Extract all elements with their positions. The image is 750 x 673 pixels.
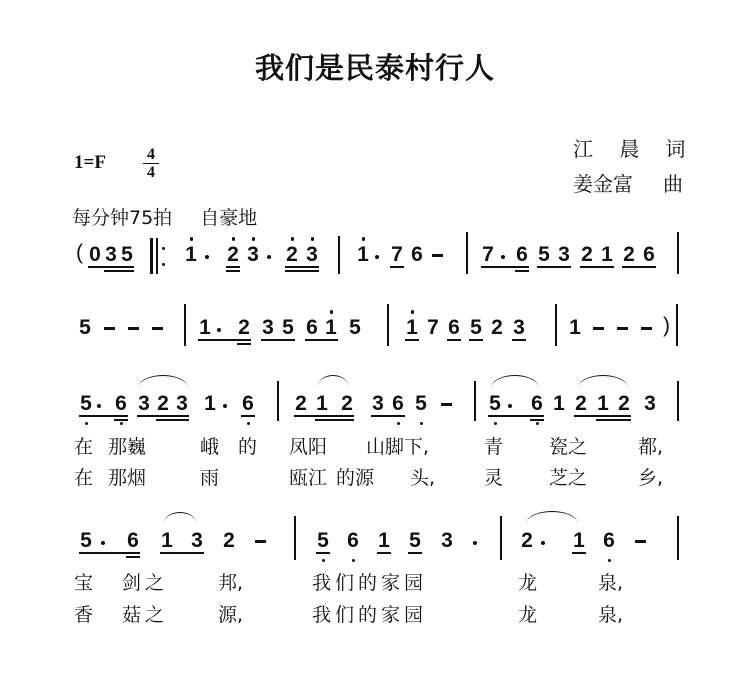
lyric: 在: [74, 467, 93, 489]
note: 2: [574, 393, 588, 415]
note: 6: [515, 244, 529, 266]
lyric: 剑之: [122, 572, 168, 594]
lyric: 我们的家园: [312, 604, 427, 626]
note: 2: [622, 244, 636, 266]
note: 3: [440, 530, 454, 552]
dot: [473, 541, 477, 545]
repeat-barline-thin: [156, 238, 158, 274]
lyric: 凤阳: [289, 436, 327, 458]
note: 6: [410, 244, 424, 266]
note: 6: [241, 393, 255, 415]
barline: [294, 516, 296, 560]
note: 3: [512, 317, 526, 339]
note: 6: [602, 530, 616, 552]
note: 1: [315, 393, 329, 415]
note: 1: [356, 244, 370, 266]
note: 1: [552, 393, 566, 415]
note: 3: [190, 530, 204, 552]
lyric: 雨: [200, 467, 219, 489]
beam: [572, 552, 586, 554]
note: 5: [469, 317, 483, 339]
barline: [677, 232, 679, 274]
note: 3: [261, 317, 275, 339]
lyric: 青: [484, 436, 503, 458]
note: 1: [405, 317, 419, 339]
dot: [375, 255, 379, 259]
note: 6: [126, 530, 140, 552]
beam: [137, 415, 189, 417]
composer-credit: 姜金富曲: [573, 168, 683, 197]
beam: [408, 552, 422, 554]
note: 7: [481, 244, 495, 266]
note: 2: [617, 393, 631, 415]
note: 3: [104, 244, 118, 266]
beam: [481, 266, 529, 268]
note: 5: [120, 244, 134, 266]
note: 1: [596, 393, 610, 415]
beam: [241, 415, 255, 417]
dash: [152, 327, 163, 330]
slur: [526, 511, 578, 524]
lyric: 龙: [518, 604, 537, 626]
beam: [580, 266, 614, 268]
lyric: 那烟: [108, 467, 146, 489]
beam: [126, 556, 140, 558]
dot: [508, 404, 512, 408]
note: 5: [281, 317, 295, 339]
beam: [261, 339, 295, 341]
note: 5: [537, 244, 551, 266]
note: 5: [316, 530, 330, 552]
beam: [156, 419, 189, 421]
dash: [593, 327, 604, 330]
note: 6: [391, 393, 405, 415]
slur: [164, 512, 196, 523]
lyric: 乡,: [638, 467, 663, 489]
note: 1: [160, 530, 174, 552]
note: 3: [557, 244, 571, 266]
expression-mark: 自豪地: [200, 207, 257, 229]
beam: [160, 552, 204, 554]
note: 1: [203, 393, 217, 415]
beam: [79, 415, 128, 417]
lyric: 宝: [74, 572, 93, 594]
dot: [205, 255, 209, 259]
note: 3: [305, 244, 319, 266]
beam: [530, 419, 544, 421]
beam: [377, 552, 391, 554]
barline: [555, 304, 557, 346]
note: 2: [222, 530, 236, 552]
barline: [338, 236, 340, 274]
beam: [515, 270, 529, 272]
barline: [500, 516, 502, 560]
beam: [285, 266, 319, 268]
note: 2: [294, 393, 308, 415]
lyric: 都,: [638, 436, 663, 458]
note: 2: [237, 317, 251, 339]
note: 5: [488, 393, 502, 415]
repeat-dot: [162, 263, 165, 266]
note: 2: [285, 244, 299, 266]
lyric: 的: [238, 436, 257, 458]
lyric: 我们的家园: [312, 572, 427, 594]
beam: [405, 339, 419, 341]
dash: [432, 254, 443, 257]
beam: [88, 266, 134, 268]
beam: [469, 339, 483, 341]
barline: [677, 516, 679, 560]
beam: [390, 266, 404, 268]
lyric: 瓯江: [289, 467, 327, 489]
lyric: 源,: [218, 604, 243, 626]
note: 3: [643, 393, 657, 415]
beam: [316, 552, 330, 554]
note: 5: [79, 530, 93, 552]
barline: [387, 304, 389, 346]
time-numerator: 4: [143, 146, 159, 163]
beam: [226, 266, 240, 268]
note: 6: [642, 244, 656, 266]
note: 5: [348, 317, 362, 339]
slur: [318, 375, 348, 386]
note: 6: [447, 317, 461, 339]
dot: [223, 404, 227, 408]
beam: [294, 415, 354, 417]
key-signature: 1=F: [74, 152, 106, 174]
beam: [237, 343, 251, 345]
beam: [226, 270, 240, 272]
lyric: 邦,: [218, 572, 243, 594]
beam: [305, 339, 338, 341]
barline: [466, 232, 468, 274]
tempo-marking: 每分钟75拍自豪地: [72, 203, 257, 230]
song-title: 我们是民泰村行人: [0, 46, 750, 87]
note: 3: [175, 393, 189, 415]
composer-role: 曲: [663, 172, 683, 196]
note: 3: [371, 393, 385, 415]
slur: [578, 375, 628, 388]
note: 1: [572, 530, 586, 552]
dash: [441, 403, 452, 406]
barline: [677, 381, 679, 421]
note: 3: [246, 244, 260, 266]
note: 6: [114, 393, 128, 415]
dot: [97, 404, 101, 408]
dash: [635, 540, 646, 543]
note: 5: [408, 530, 422, 552]
lyric: 香: [74, 604, 93, 626]
beam: [114, 419, 128, 421]
note: 6: [530, 393, 544, 415]
dash: [104, 327, 115, 330]
lyric: 的源: [336, 467, 374, 489]
lyric: 泉,: [598, 572, 623, 594]
lyricist-credit: 江 晨词: [573, 133, 685, 162]
dot: [101, 541, 105, 545]
beam: [315, 419, 354, 421]
note: 6: [305, 317, 319, 339]
lyric: 峨: [200, 436, 219, 458]
note: 2: [156, 393, 170, 415]
note: 6: [346, 530, 360, 552]
note: 1: [600, 244, 614, 266]
dash: [255, 540, 266, 543]
lyric: 灵: [484, 467, 503, 489]
dot: [501, 255, 505, 259]
barline: [474, 381, 476, 421]
time-signature: 4 4: [143, 146, 159, 181]
beam: [622, 266, 656, 268]
dot: [217, 328, 221, 332]
dash: [128, 327, 139, 330]
barline: [676, 304, 678, 346]
beam: [79, 552, 140, 554]
lyric: 芝之: [549, 467, 587, 489]
note: 2: [580, 244, 594, 266]
note: 5: [79, 393, 93, 415]
lyricist-name: 江 晨: [573, 137, 649, 161]
note: 1: [377, 530, 391, 552]
lyric: 瓷之: [549, 436, 587, 458]
lyric: 龙: [518, 572, 537, 594]
lyric: 泉,: [598, 604, 623, 626]
note: 2: [340, 393, 354, 415]
beam: [285, 270, 319, 272]
note: 5: [414, 393, 428, 415]
intro-open-paren: (: [76, 241, 83, 265]
beam: [198, 339, 251, 341]
note: 1: [324, 317, 338, 339]
note: 2: [226, 244, 240, 266]
barline: [277, 381, 279, 421]
beam: [104, 270, 134, 272]
barline: [184, 304, 186, 346]
note: 1: [184, 244, 198, 266]
slur: [138, 375, 188, 388]
note: 2: [490, 317, 504, 339]
dash: [617, 327, 628, 330]
note: 5: [78, 317, 92, 339]
lyricist-role: 词: [665, 137, 685, 161]
note: 1: [568, 317, 582, 339]
beam: [512, 339, 526, 341]
beam: [447, 339, 461, 341]
lyric: 山脚下,: [366, 436, 429, 458]
note: 3: [137, 393, 151, 415]
note: 7: [426, 317, 440, 339]
beam: [574, 415, 631, 417]
beam: [596, 419, 631, 421]
lyric: 那巍: [108, 436, 146, 458]
note: 2: [520, 530, 534, 552]
note: 7: [390, 244, 404, 266]
tempo-bpm: 每分钟75拍: [72, 207, 172, 229]
beam: [371, 415, 405, 417]
beam: [488, 415, 544, 417]
slur: [491, 375, 539, 388]
composer-name: 姜金富: [573, 172, 633, 196]
beam: [537, 266, 571, 268]
note: 0: [88, 244, 102, 266]
lyric: 在: [74, 436, 93, 458]
intro-close-paren: ): [663, 314, 670, 338]
dot: [267, 255, 271, 259]
dash: [641, 327, 652, 330]
repeat-barline-thick: [150, 238, 153, 274]
lyric: 头,: [410, 467, 435, 489]
note: 1: [198, 317, 212, 339]
repeat-dot: [162, 247, 165, 250]
lyric: 菇之: [122, 604, 168, 626]
time-denominator: 4: [143, 163, 159, 181]
dot: [541, 541, 545, 545]
